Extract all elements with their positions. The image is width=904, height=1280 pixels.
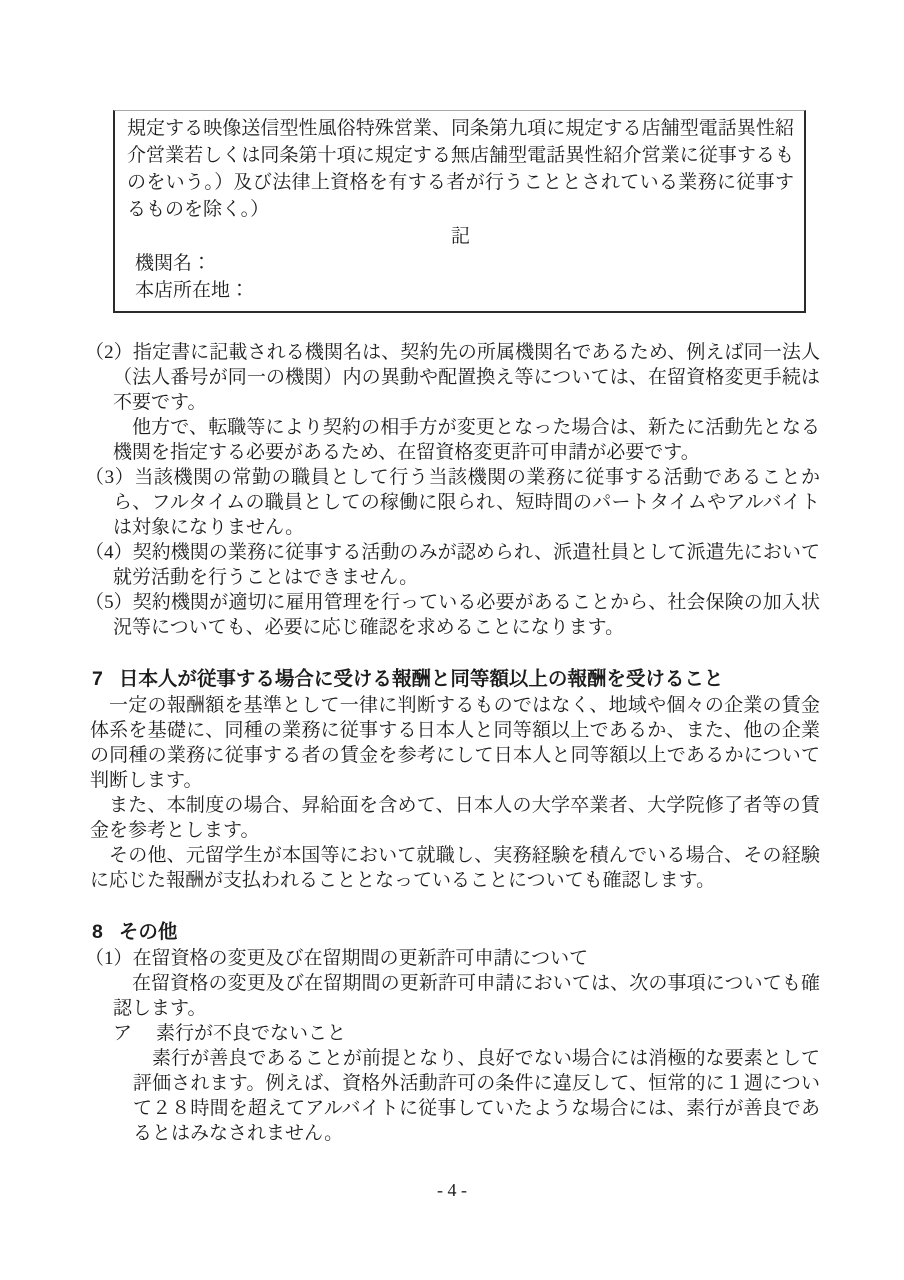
section-8-item-1: （1）在留資格の変更及び在留期間の更新許可申請について [113, 946, 820, 971]
section-8-sub-a-marker: ア [113, 1021, 132, 1046]
document-page: 規定する映像送信型性風俗特殊営業、同条第九項に規定する店舗型電話異性紹介営業若し… [0, 0, 904, 1280]
section-8-item-1-paragraph: 在留資格の変更及び在留期間の更新許可申請においては、次の事項についても確認します… [113, 971, 820, 1021]
numbered-items: （2）指定書に記載される機関名は、契約先の所属機関名であるため、例えば同一法人（… [84, 340, 820, 640]
item-4-marker: （4） [85, 542, 133, 563]
section-8-title: その他 [119, 921, 178, 943]
page-number: - 4 - [437, 1180, 467, 1200]
section-7-title: 日本人が従事する場合に受ける報酬と同等額以上の報酬を受けること [119, 668, 724, 690]
section-7-paragraph-2: また、本制度の場合、昇給面を含めて、日本人の大学卒業者、大学院修了者等の賃金を参… [90, 793, 820, 843]
notice-box-body-text: 規定する映像送信型性風俗特殊営業、同条第九項に規定する店舗型電話異性紹介営業若し… [127, 115, 794, 223]
item-4-text: 契約機関の業務に従事する活動のみが認められ、派遣社員として派遣先において就労活動… [113, 542, 820, 588]
section-8: 8その他 （1）在留資格の変更及び在留期間の更新許可申請について 在留資格の変更… [84, 918, 820, 1146]
item-2-text: 指定書に記載される機関名は、契約先の所属機関名であるため、例えば同一法人（法人番… [113, 342, 820, 413]
item-2: （2）指定書に記載される機関名は、契約先の所属機関名であるため、例えば同一法人（… [113, 340, 820, 415]
page-footer: - 4 - [0, 1178, 904, 1203]
section-8-sub-a: ア素行が不良でないこと [113, 1021, 820, 1046]
ki-label: 記 [127, 223, 794, 250]
item-3: （3）当該機関の常勤の職員として行う当該機関の業務に従事する活動であることから、… [113, 465, 820, 540]
section-8-sub-a-paragraph: 素行が善良であることが前提となり、良好でない場合には消極的な要素として評価されま… [133, 1046, 820, 1146]
item-5-marker: （5） [85, 592, 133, 613]
section-7: 7日本人が従事する場合に受ける報酬と同等額以上の報酬を受けること 一定の報酬額を… [84, 665, 820, 893]
item-5-text: 契約機関が適切に雇用管理を行っている必要があることから、社会保険の加入状況等につ… [113, 592, 820, 638]
head-office-address-field-label: 本店所在地： [127, 277, 794, 304]
organization-name-field-label: 機関名： [127, 250, 794, 277]
item-3-text: 当該機関の常勤の職員として行う当該機関の業務に従事する活動であることから、フルタ… [113, 467, 820, 538]
item-5: （5）契約機関が適切に雇用管理を行っている必要があることから、社会保険の加入状況… [113, 590, 820, 640]
item-3-marker: （3） [85, 467, 134, 488]
section-8-sub-a-title: 素行が不良でないこと [156, 1023, 346, 1044]
section-7-heading: 7日本人が従事する場合に受ける報酬と同等額以上の報酬を受けること [92, 665, 820, 693]
item-4: （4）契約機関の業務に従事する活動のみが認められ、派遣社員として派遣先において就… [113, 540, 820, 590]
section-7-paragraph-3: その他、元留学生が本国等において就職し、実務経験を積んでいる場合、その経験に応じ… [90, 843, 820, 893]
item-2-marker: （2） [85, 342, 133, 363]
notice-box: 規定する映像送信型性風俗特殊営業、同条第九項に規定する店舗型電話異性紹介営業若し… [113, 110, 806, 313]
section-7-number: 7 [92, 665, 103, 693]
item-2-paragraph-2: 他方で、転職等により契約の相手方が変更となった場合は、新たに活動先となる機関を指… [113, 415, 820, 465]
section-8-heading: 8その他 [92, 918, 820, 946]
section-8-item-1-marker: （1） [85, 948, 133, 969]
section-7-paragraph-1: 一定の報酬額を基準として一律に判断するものではなく、地域や個々の企業の賃金体系を… [90, 693, 820, 793]
section-8-number: 8 [92, 918, 103, 946]
section-8-item-1-title: 在留資格の変更及び在留期間の更新許可申請について [133, 948, 589, 969]
